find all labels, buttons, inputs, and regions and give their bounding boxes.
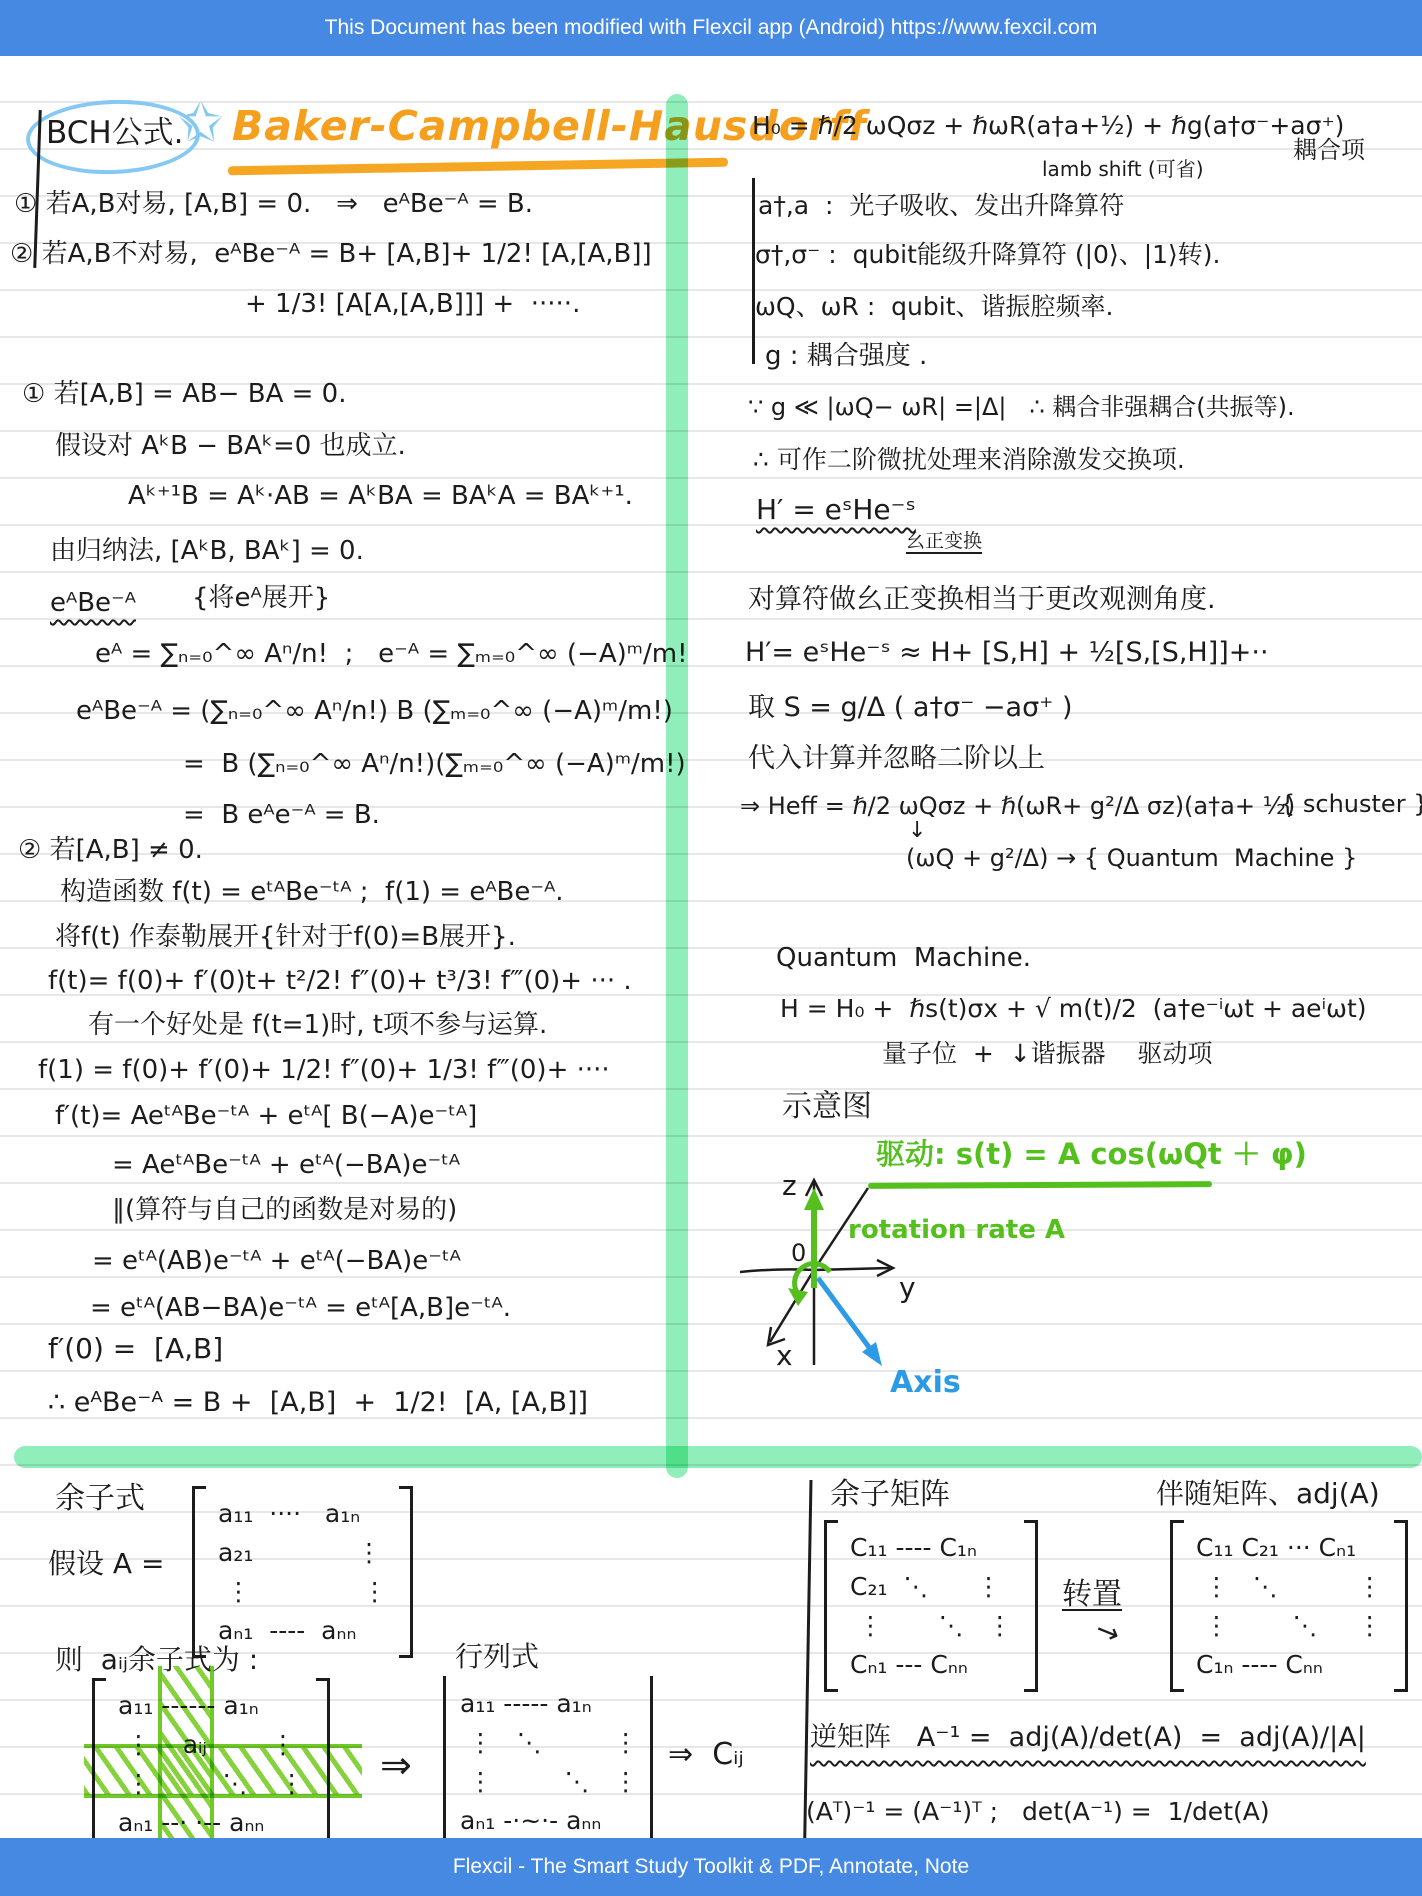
formula-line: 假设对 AᵏB − BAᵏ=0 也成立. <box>55 432 406 462</box>
formula-line: ∵ g ≪ |ωQ− ωR| =|Δ| ∴ 耦合非强耦合(共振等). <box>748 394 1295 422</box>
formula-line: ① 若[A,B] = AB− BA = 0. <box>22 380 346 410</box>
axis-arrow-label: Axis <box>890 1366 961 1401</box>
annotation: 幺正变换 <box>906 531 982 553</box>
definitions-margin-stroke <box>752 178 755 364</box>
flexcil-bottom-banner: Flexcil - The Smart Study Toolkit & PDF,… <box>0 1838 1422 1896</box>
note-page: This Document has been modified with Fle… <box>0 0 1422 1896</box>
formula-line: ② 若[A,B] ≠ 0. <box>18 836 203 866</box>
formula-line: 由归纳法, [AᵏB, BAᵏ] = 0. <box>50 537 364 567</box>
formula-line: Aᵏ⁺¹B = Aᵏ·AB = AᵏBA = BAᵏA = BAᵏ⁺¹. <box>128 482 633 512</box>
determinant-matrix: a₁₁ ----- a₁ₙ ⋮ ⋱ ⋮ ⋮ ⋱ ⋮ aₙ₁ -·~·- aₙₙ <box>443 1676 655 1848</box>
formula-line: f(1) = f(0)+ f′(0)+ 1/2! f″(0)+ 1/3! f‴(… <box>38 1056 610 1086</box>
axis-label-z: z <box>782 1170 797 1202</box>
annotation: lamb shift (可省) <box>1042 158 1204 181</box>
formula-line: = B (∑ₙ₌₀^∞ Aⁿ/n!)(∑ₘ₌₀^∞ (−A)ᵐ/m!) <box>183 750 686 780</box>
matrix-row: C₂₁ ⋱ ⋮ <box>850 1567 1012 1606</box>
annotation: 耦合项 <box>1293 137 1365 165</box>
matrix-row: ⋮ ⋱ ⋮ <box>460 1762 638 1801</box>
flexcil-top-banner: This Document has been modified with Fle… <box>0 0 1422 56</box>
green-row-strikeout <box>84 1744 362 1798</box>
formula-line: + 1/3! [A[A,[A,B]]] + ·····. <box>245 290 580 320</box>
definition-line: a†,a : 光子吸收、发出升降算符 <box>758 192 1124 221</box>
annotation: 量子位 + ↓谐振器 驱动项 <box>882 1040 1212 1069</box>
section-title: Quantum Machine. <box>776 944 1031 974</box>
formula-line: 将f(t) 作泰勒展开{针对于f(0)=B展开}. <box>55 923 516 953</box>
cofactor-result: ⇒ Cᵢⱼ <box>668 1738 744 1773</box>
formula-line: 取 S = g/Δ ( a†σ⁻ −aσ⁺ ) <box>748 692 1073 723</box>
formula-line: ⇒ Heff = ℏ/2 ωQσz + ℏ(ωR+ g²/Δ σz)(a†a+ … <box>740 793 1295 821</box>
then-label: 则 aᵢⱼ余子式为 : <box>55 1644 258 1676</box>
axis-label-x: x <box>776 1340 793 1372</box>
adjugate-matrix: C₁₁ C₂₁ ··· Cₙ₁ ⋮ ⋱ ⋮ ⋮ ⋱ ⋮ C₁ₙ ---- Cₙₙ <box>1170 1520 1408 1692</box>
horizontal-highlight-divider <box>14 1446 1422 1468</box>
formula-line: = B eᴬe⁻ᴬ = B. <box>183 801 380 831</box>
matrix-row: aₙ₁ -·~·- aₙₙ <box>460 1801 638 1840</box>
formula-line: eᴬ = ∑ₙ₌₀^∞ Aⁿ/n! ; e⁻ᴬ = ∑ₘ₌₀^∞ (−A)ᵐ/m… <box>95 640 688 670</box>
formula-line: H = H₀ + ℏs(t)σx + √ m(t)/2 (a†e⁻ⁱωt + a… <box>780 995 1367 1024</box>
bottom-banner-text: Flexcil - The Smart Study Toolkit & PDF,… <box>453 1855 969 1879</box>
formula-line: eᴬBe⁻ᴬ = (∑ₙ₌₀^∞ Aⁿ/n!) B (∑ₘ₌₀^∞ (−A)ᵐ/… <box>76 697 673 727</box>
adjugate-section-title: 伴随矩阵、adj(A) <box>1156 1478 1380 1510</box>
annotation: ∥(算符与自己的函数是对易的) <box>112 1196 457 1226</box>
formula-line: H₀ = ℏ/2 ωQσz + ℏωR(a†a+½) + ℏg(a†σ⁻+aσ⁺… <box>752 112 1344 141</box>
bch-badge: BCH公式. <box>46 116 184 152</box>
matrix-row: a₂₁ ⋮ <box>218 1533 387 1572</box>
formula-line: 对算符做幺正变换相当于更改观测角度. <box>748 584 1216 615</box>
matrix-a: a₁₁ ···· a₁ₙ a₂₁ ⋮ ⋮ ⋮ aₙ₁ ---- aₙₙ <box>192 1486 413 1658</box>
vertical-highlight-divider <box>666 94 688 1478</box>
formula-line: 构造函数 f(t) = eᵗᴬBe⁻ᵗᴬ ; f(1) = eᴬBe⁻ᴬ. <box>60 878 564 908</box>
matrix-row: C₁₁ ---- C₁ₙ <box>850 1528 1012 1567</box>
formula-line: f′(t)= AeᵗᴬBe⁻ᵗᴬ + eᵗᴬ[ B(−A)e⁻ᵗᴬ] <box>55 1102 477 1132</box>
minor-section-title: 余子式 <box>55 1482 145 1517</box>
matrix-row: ⋮ ⋱ ⋮ <box>1196 1606 1382 1645</box>
matrix-row: ⋮ ⋱ ⋮ <box>460 1723 638 1762</box>
definition-line: g : 耦合强度 . <box>765 342 927 372</box>
formula-line: eᴬBe⁻ᴬ <box>50 589 136 619</box>
implies-arrow: ⇒ <box>380 1744 412 1788</box>
suppose-label: 假设 A = <box>48 1548 164 1580</box>
matrix-row: a₁₁ ----- a₁ₙ <box>460 1684 638 1723</box>
diagram-caption: 示意图 <box>782 1090 872 1125</box>
formula-line: ① 若A,B对易, [A,B] = 0. ⇒ eᴬBe⁻ᴬ = B. <box>14 190 533 220</box>
matrix-row: ⋮ ⋱ ⋮ <box>1196 1567 1382 1606</box>
rotation-rate-label: rotation rate A <box>848 1216 1065 1246</box>
determinant-title: 行列式 <box>455 1641 539 1673</box>
formula-line: H′= eˢHe⁻ˢ ≈ H+ [S,H] + ½[S,[S,H]]+·· <box>745 637 1269 668</box>
matrix-row: ⋮ ⋱ ⋮ <box>850 1606 1012 1645</box>
formula-line: 代入计算并忽略二阶以上 <box>748 743 1045 774</box>
inverse-formula: 逆矩阵 A⁻¹ = adj(A)/det(A) = adj(A)/|A| <box>810 1722 1366 1753</box>
annotation: {将eᴬ展开} <box>192 584 330 614</box>
matrix-row: C₁₁ C₂₁ ··· Cₙ₁ <box>1196 1528 1382 1567</box>
formula-line: = eᵗᴬ(AB)e⁻ᵗᴬ + eᵗᴬ(−BA)e⁻ᵗᴬ <box>92 1247 461 1277</box>
formula-line: H′ = eˢHe⁻ˢ <box>756 494 916 526</box>
formula-line: f′(0) = [A,B] <box>48 1333 223 1365</box>
formula-line: = eᵗᴬ(AB−BA)e⁻ᵗᴬ = eᵗᴬ[A,B]e⁻ᵗᴬ. <box>90 1294 511 1324</box>
matrix-row: ⋮ ⋮ <box>218 1572 387 1611</box>
origin-label: 0 <box>791 1240 806 1268</box>
matrix-row: a₁₁ ···· a₁ₙ <box>218 1494 387 1533</box>
formula-line: (ωQ + g²/Δ) → { Quantum Machine } <box>906 845 1357 873</box>
annotation: { schuster } <box>1280 791 1422 819</box>
transpose-label: 转置 <box>1062 1578 1122 1613</box>
matrix-row: C₁ₙ ---- Cₙₙ <box>1196 1645 1382 1684</box>
formula-line: 有一个好处是 f(t=1)时, t项不参与运算. <box>88 1011 547 1041</box>
identity-formula: (Aᵀ)⁻¹ = (A⁻¹)ᵀ ; det(A⁻¹) = 1/det(A) <box>806 1798 1270 1827</box>
formula-line: ∴ eᴬBe⁻ᴬ = B + [A,B] + 1/2! [A, [A,B]] <box>48 1387 588 1418</box>
formula-line: ② 若A,B不对易, eᴬBe⁻ᴬ = B+ [A,B]+ 1/2! [A,[A… <box>10 240 652 270</box>
top-banner-text: This Document has been modified with Fle… <box>325 16 1098 40</box>
matrix-row: Cₙ₁ --- Cₙₙ <box>850 1645 1012 1684</box>
definition-line: ωQ、ωR : qubit、谐振腔频率. <box>755 293 1113 322</box>
formula-line: f(t)= f(0)+ f′(0)t+ t²/2! f″(0)+ t³/3! f… <box>48 967 632 997</box>
axis-label-y: y <box>899 1272 916 1304</box>
star-doodle-icon: ✩ <box>178 92 223 154</box>
cofactor-matrix: C₁₁ ---- C₁ₙ C₂₁ ⋱ ⋮ ⋮ ⋱ ⋮ Cₙ₁ --- Cₙₙ <box>824 1520 1038 1692</box>
definition-line: σ†,σ⁻ : qubit能级升降算符 (|0⟩、|1⟩转). <box>755 241 1221 270</box>
formula-line: ∴ 可作二阶微扰处理来消除激发交换项. <box>753 446 1185 475</box>
formula-line: = AeᵗᴬBe⁻ᵗᴬ + eᵗᴬ(−BA)e⁻ᵗᴬ <box>112 1151 460 1181</box>
down-arrow-icon: ↓ <box>908 818 926 843</box>
cofactor-section-title: 余子矩阵 <box>830 1478 950 1513</box>
